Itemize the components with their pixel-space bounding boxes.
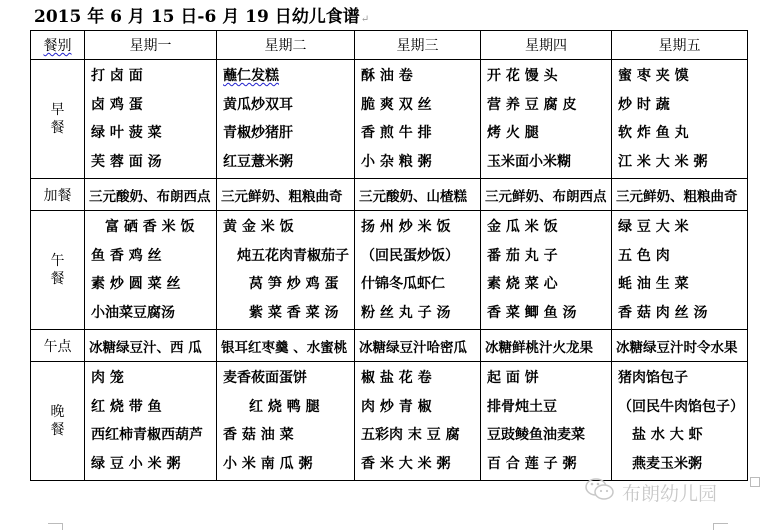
dish: 香 菇 肉 丝 汤 [618,299,747,328]
dish: 炒 时 蔬 [618,91,747,120]
dish: 绿 叶 菠 菜 [91,119,216,148]
dish: 玉米面小米糊 [487,148,611,177]
watermark-text: 布朗幼儿园 [622,479,717,506]
snack-thu: 三元鲜奶、布朗西点 [481,179,612,211]
dinner-tue: 麦香莜面蛋饼 红 烧 鸭 腿 香 菇 油 菜 小 米 南 瓜 粥 [217,362,355,481]
lunch-thu: 金 瓜 米 饭 番 茄 丸 子 素 烧 菜 心 香 菜 鲫 鱼 汤 [481,211,612,330]
dinner-row: 晚餐 肉 笼 红 烧 带 鱼 西红柿青椒西葫芦 绿 豆 小 米 粥 麦香莜面蛋饼… [31,362,748,481]
meal-label-dinner: 晚餐 [31,362,85,481]
page-corner-mark [713,523,728,530]
dish: 酥 油 卷 [361,62,480,91]
dish: 素 烧 菜 心 [487,270,611,299]
dish: 小油菜豆腐汤 [91,299,216,328]
page-corner-mark [750,477,760,487]
document-title: 2015 年 6 月 15 日-6 月 19 日幼儿食谱↵ [34,2,369,27]
dish: 小 杂 粮 粥 [361,148,480,177]
dish: 五彩肉 末 豆 腐 [361,421,480,450]
afternoon-mon: 冰糖绿豆汁、西 瓜 [85,330,217,362]
header-row: 餐别 星期一 星期二 星期三 星期四 星期五 [31,31,748,60]
dish: 红豆薏米粥 [223,148,354,177]
breakfast-thu: 开 花 馒 头 营 养 豆 腐 皮 烤 火 腿 玉米面小米糊 [481,60,612,179]
snack-mon: 三元酸奶、布朗西点 [85,179,217,211]
dish: 黄瓜炒双耳 [223,91,354,120]
dish: 小 米 南 瓜 粥 [223,450,354,479]
afternoon-thu: 冰糖鲜桃汁火龙果 [481,330,612,362]
lunch-row: 午餐 富 硒 香 米 饭 鱼 香 鸡 丝 素 炒 圆 菜 丝 小油菜豆腐汤 黄 … [31,211,748,330]
dish: 什锦冬瓜虾仁 [361,270,480,299]
dish: （回民牛肉馅包子） [618,393,747,422]
dish: 营 养 豆 腐 皮 [487,91,611,120]
dish: 软 炸 鱼 丸 [618,119,747,148]
dish: 卤 鸡 蛋 [91,91,216,120]
snack-tue: 三元鲜奶、粗粮曲奇 [217,179,355,211]
day-header-fri: 星期五 [612,31,748,60]
dish: 打 卤 面 [91,62,216,91]
dish: 起 面 饼 [487,364,611,393]
lunch-mon: 富 硒 香 米 饭 鱼 香 鸡 丝 素 炒 圆 菜 丝 小油菜豆腐汤 [85,211,217,330]
breakfast-row: 早餐 打 卤 面 卤 鸡 蛋 绿 叶 菠 菜 芙 蓉 面 汤 蘸仁发糕 黄瓜炒双… [31,60,748,179]
dish: 开 花 馒 头 [487,62,611,91]
dish: 百 合 莲 子 粥 [487,450,611,479]
lunch-tue: 黄 金 米 饭 炖五花肉青椒茄子 莴 笋 炒 鸡 蛋 紫 菜 香 菜 汤 [217,211,355,330]
dish: 猪肉馅包子 [618,364,747,393]
dish: 芙 蓉 面 汤 [91,148,216,177]
page-corner-mark [48,523,63,530]
dish: 鱼 香 鸡 丝 [91,242,216,271]
dish: 素 炒 圆 菜 丝 [91,270,216,299]
meal-label-afternoon: 午点 [31,330,85,362]
meal-label-lunch: 午餐 [31,211,85,330]
lunch-wed: 扬 州 炒 米 饭 （回民蛋炒饭） 什锦冬瓜虾仁 粉 丝 丸 子 汤 [355,211,481,330]
dish: 排骨炖土豆 [487,393,611,422]
day-header-thu: 星期四 [481,31,612,60]
dish: 西红柿青椒西葫芦 [91,421,216,450]
dish: 燕麦玉米粥 [618,450,747,479]
day-header-wed: 星期三 [355,31,481,60]
dish: 青椒炒猪肝 [223,119,354,148]
dish: 金 瓜 米 饭 [487,213,611,242]
weekly-menu-table: 餐别 星期一 星期二 星期三 星期四 星期五 早餐 打 卤 面 卤 鸡 蛋 绿 … [30,30,748,481]
dish: 蜜 枣 夹 馍 [618,62,747,91]
breakfast-wed: 酥 油 卷 脆 爽 双 丝 香 煎 牛 排 小 杂 粮 粥 [355,60,481,179]
dish: 肉 炒 青 椒 [361,393,480,422]
dish: 绿 豆 小 米 粥 [91,450,216,479]
meal-type-header: 餐别 [31,31,85,60]
watermark: 布朗幼儿园 [584,477,717,508]
dish: 江 米 大 米 粥 [618,148,747,177]
meal-label-breakfast: 早餐 [31,60,85,179]
dish: 肉 笼 [91,364,216,393]
dish: （回民蛋炒饭） [361,242,480,271]
dish: 香 米 大 米 粥 [361,450,480,479]
dish: 烤 火 腿 [487,119,611,148]
dish: 绿 豆 大 米 [618,213,747,242]
dish: 豆豉鲮鱼油麦菜 [487,421,611,450]
dish: 香 煎 牛 排 [361,119,480,148]
breakfast-fri: 蜜 枣 夹 馍 炒 时 蔬 软 炸 鱼 丸 江 米 大 米 粥 [612,60,748,179]
dish: 椒 盐 花 卷 [361,364,480,393]
afternoon-wed: 冰糖绿豆汁哈密瓜 [355,330,481,362]
day-header-tue: 星期二 [217,31,355,60]
snack-row: 加餐 三元酸奶、布朗西点 三元鲜奶、粗粮曲奇 三元酸奶、山楂糕 三元鲜奶、布朗西… [31,179,748,211]
snack-fri: 三元鲜奶、粗粮曲奇 [612,179,748,211]
breakfast-mon: 打 卤 面 卤 鸡 蛋 绿 叶 菠 菜 芙 蓉 面 汤 [85,60,217,179]
dish: 扬 州 炒 米 饭 [361,213,480,242]
dish: 莴 笋 炒 鸡 蛋 [223,270,354,299]
wechat-icon [584,477,616,508]
lunch-fri: 绿 豆 大 米 五 色 肉 蚝 油 生 菜 香 菇 肉 丝 汤 [612,211,748,330]
dish: 红 烧 带 鱼 [91,393,216,422]
dinner-wed: 椒 盐 花 卷 肉 炒 青 椒 五彩肉 末 豆 腐 香 米 大 米 粥 [355,362,481,481]
dish: 香 菇 油 菜 [223,421,354,450]
dish: 炖五花肉青椒茄子 [223,242,354,271]
afternoon-fri: 冰糖绿豆汁时令水果 [612,330,748,362]
dinner-thu: 起 面 饼 排骨炖土豆 豆豉鲮鱼油麦菜 百 合 莲 子 粥 [481,362,612,481]
dish: 五 色 肉 [618,242,747,271]
dish: 盐 水 大 虾 [618,421,747,450]
dish: 脆 爽 双 丝 [361,91,480,120]
dish: 粉 丝 丸 子 汤 [361,299,480,328]
afternoon-snack-row: 午点 冰糖绿豆汁、西 瓜 银耳红枣羹 、水蜜桃 冰糖绿豆汁哈密瓜 冰糖鲜桃汁火龙… [31,330,748,362]
dinner-fri: 猪肉馅包子 （回民牛肉馅包子） 盐 水 大 虾 燕麦玉米粥 [612,362,748,481]
day-header-mon: 星期一 [85,31,217,60]
dish: 黄 金 米 饭 [223,213,354,242]
dish: 富 硒 香 米 饭 [91,213,216,242]
dish: 蚝 油 生 菜 [618,270,747,299]
dish: 紫 菜 香 菜 汤 [223,299,354,328]
snack-wed: 三元酸奶、山楂糕 [355,179,481,211]
dish: 麦香莜面蛋饼 [223,364,354,393]
breakfast-tue: 蘸仁发糕 黄瓜炒双耳 青椒炒猪肝 红豆薏米粥 [217,60,355,179]
dinner-mon: 肉 笼 红 烧 带 鱼 西红柿青椒西葫芦 绿 豆 小 米 粥 [85,362,217,481]
dish: 红 烧 鸭 腿 [223,393,354,422]
dish: 蘸仁发糕 [223,62,354,91]
afternoon-tue: 银耳红枣羹 、水蜜桃 [217,330,355,362]
dish: 番 茄 丸 子 [487,242,611,271]
meal-label-snack: 加餐 [31,179,85,211]
dish: 香 菜 鲫 鱼 汤 [487,299,611,328]
